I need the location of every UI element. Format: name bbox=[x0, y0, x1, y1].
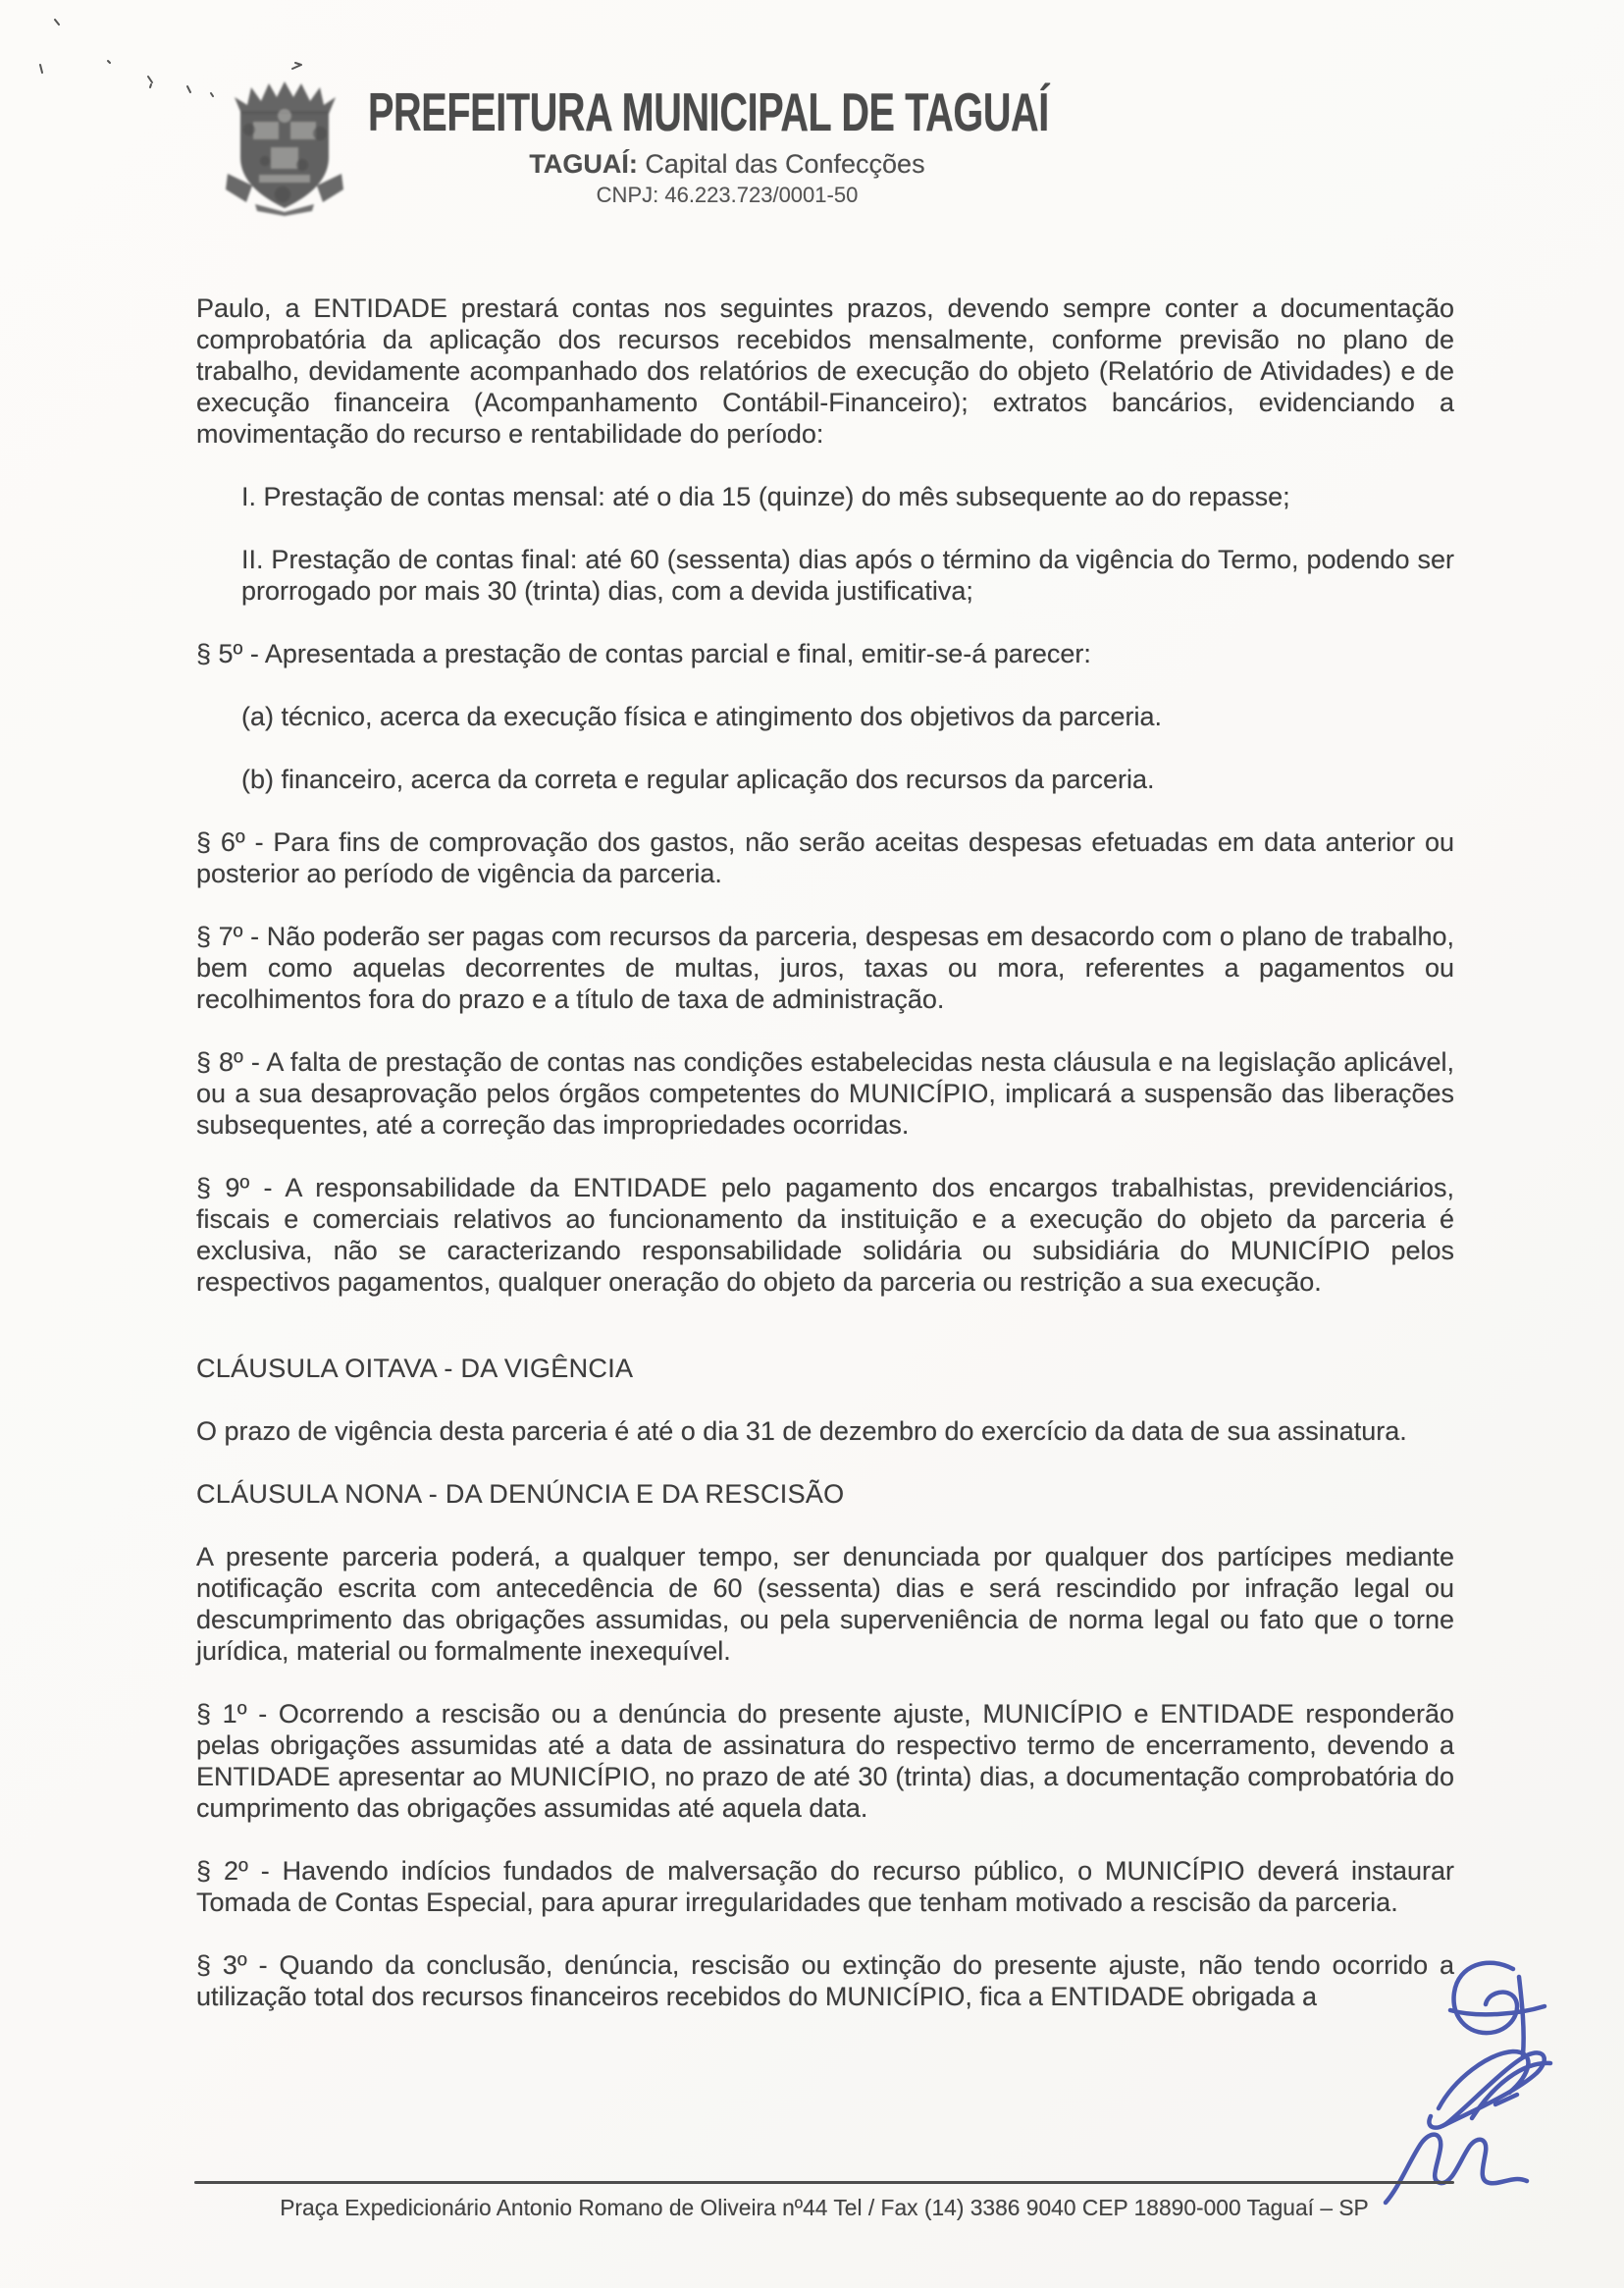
clause-9-paragraph: A presente parceria poderá, a qualquer t… bbox=[196, 1541, 1454, 1667]
item-i-prestacao-mensal: I. Prestação de contas mensal: até o dia… bbox=[196, 481, 1454, 512]
paragraph-prestacao-contas: Paulo, a ENTIDADE prestará contas nos se… bbox=[196, 293, 1454, 450]
clause-9-heading: CLÁUSULA NONA - DA DENÚNCIA E DA RESCISÃ… bbox=[196, 1478, 1454, 1510]
paragraph-7: § 7º - Não poderão ser pagas com recurso… bbox=[196, 921, 1454, 1015]
document-body: Paulo, a ENTIDADE prestará contas nos se… bbox=[196, 0, 1454, 2044]
footer-divider bbox=[194, 2181, 1454, 2184]
handwritten-initial-scribble bbox=[1429, 2051, 1550, 2128]
item-a-parecer-tecnico: (a) técnico, acerca da execução física e… bbox=[196, 701, 1454, 732]
scanned-document-page: PREFEITURA MUNICIPAL DE TAGUAÍ TAGUAÍ: C… bbox=[0, 0, 1624, 2288]
paragraph-5: § 5º - Apresentada a prestação de contas… bbox=[196, 638, 1454, 669]
clause-8-heading: CLÁUSULA OITAVA - DA VIGÊNCIA bbox=[196, 1353, 1454, 1384]
paragraph-8: § 8º - A falta de prestação de contas na… bbox=[196, 1046, 1454, 1141]
item-b-parecer-financeiro: (b) financeiro, acerca da correta e regu… bbox=[196, 764, 1454, 795]
handwritten-initial-circle bbox=[1450, 1963, 1545, 2055]
clause-9-paragraph-3: § 3º - Quando da conclusão, denúncia, re… bbox=[196, 1949, 1454, 2012]
clause-9-paragraph-2: § 2º - Havendo indícios fundados de malv… bbox=[196, 1855, 1454, 1918]
handwritten-initial-loops bbox=[1386, 2135, 1527, 2203]
paragraph-6: § 6º - Para fins de comprovação dos gast… bbox=[196, 826, 1454, 889]
paragraph-9: § 9º - A responsabilidade da ENTIDADE pe… bbox=[196, 1172, 1454, 1298]
footer-address: Praça Expedicionário Antonio Romano de O… bbox=[213, 2195, 1435, 2221]
item-ii-prestacao-final: II. Prestação de contas final: até 60 (s… bbox=[196, 544, 1454, 607]
clause-9-paragraph-1: § 1º - Ocorrendo a rescisão ou a denúnci… bbox=[196, 1698, 1454, 1824]
clause-8-paragraph: O prazo de vigência desta parceria é até… bbox=[196, 1415, 1454, 1447]
